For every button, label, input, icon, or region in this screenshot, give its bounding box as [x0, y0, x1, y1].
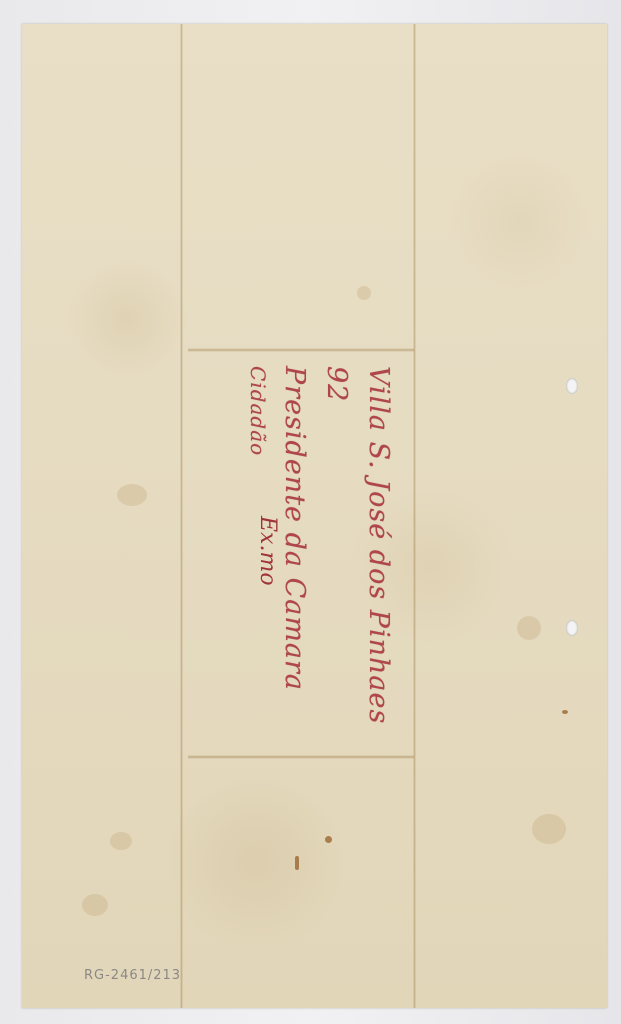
- handwritten-address: Cidadão Ex.mo Presidente da Camara 92 Vi…: [232, 366, 402, 766]
- address-line-number: 92: [321, 366, 352, 402]
- foxing-spot: [532, 814, 566, 844]
- foxing-spot: [517, 616, 541, 640]
- address-line-salutation: Cidadão: [246, 366, 270, 456]
- fold-line-vertical-left: [180, 24, 183, 1008]
- fold-line-horizontal-upper: [188, 348, 414, 352]
- foxing-spot: [357, 286, 371, 300]
- binding-hole: [566, 378, 578, 394]
- address-honorific: Ex.mo: [255, 516, 280, 586]
- archive-reference-pencil: RG-2461/213: [84, 968, 181, 983]
- fold-line-vertical-right: [413, 24, 416, 1008]
- foxing-spot: [117, 484, 147, 506]
- ink-stain: [295, 856, 299, 870]
- address-line-title: Presidente da Camara: [279, 366, 310, 691]
- foxing-spot: [110, 832, 132, 850]
- address-line-locality: Villa S. José dos Pinhaes: [363, 366, 394, 724]
- ink-stain: [325, 836, 332, 843]
- binding-hole: [566, 620, 578, 636]
- ink-stain: [562, 710, 568, 714]
- foxing-spot: [82, 894, 108, 916]
